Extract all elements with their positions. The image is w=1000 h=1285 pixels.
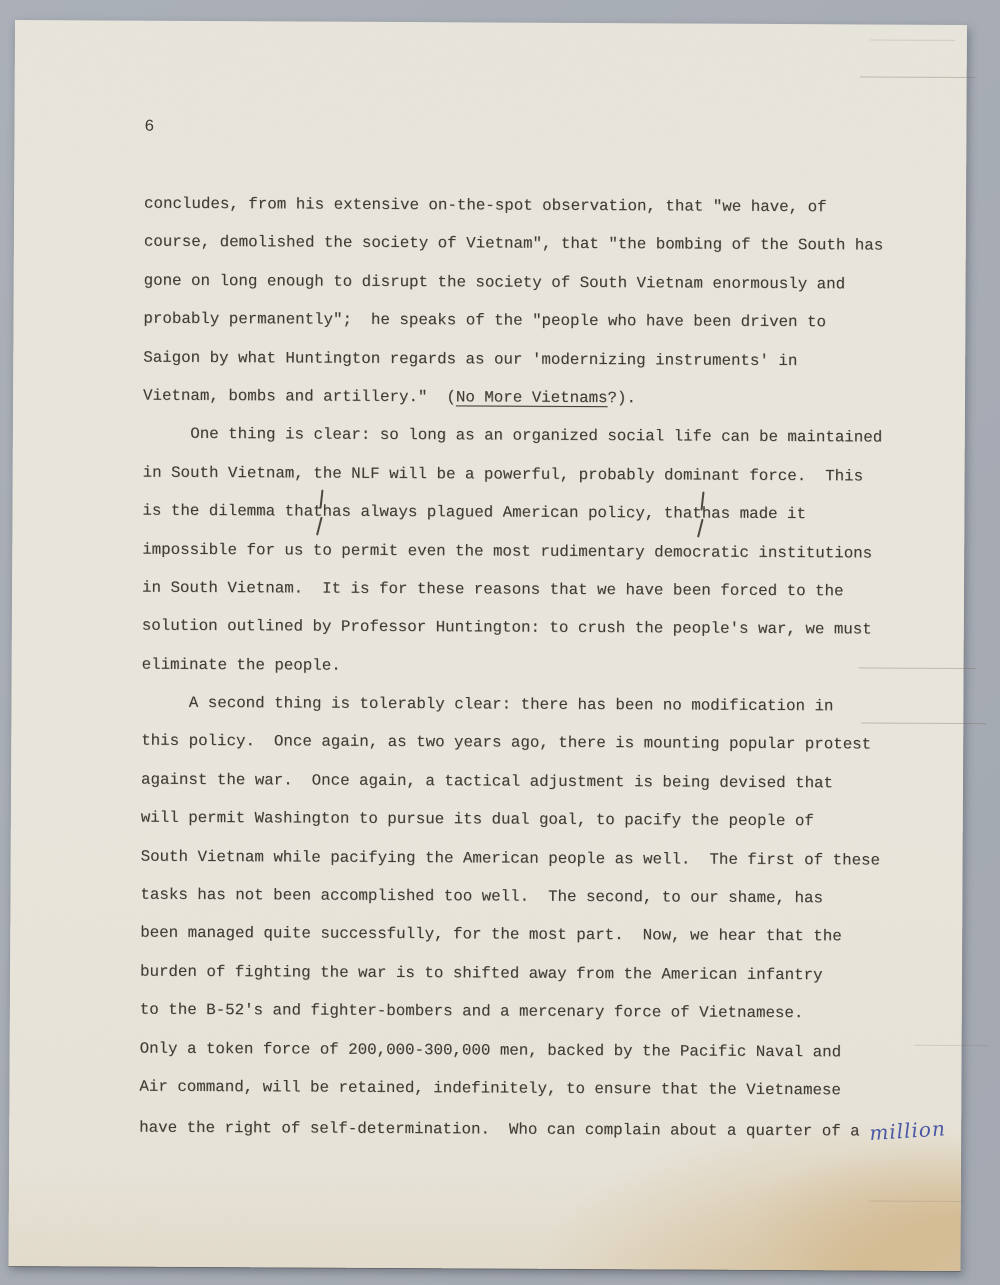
text-line: burden of fighting the war is to shifted… — [140, 952, 930, 995]
insertion-stroke — [697, 519, 703, 538]
typed-segment: have the right of self-determination. Wh… — [139, 1119, 869, 1141]
text-line: Vietnam, bombs and artillery." (No More … — [143, 377, 933, 420]
typed-segment: Air command, will be retained, indefinit… — [139, 1078, 841, 1100]
typed-segment: A second thing is tolerably clear: there… — [141, 694, 833, 716]
typed-segment: burden of fighting the war is to shifted… — [140, 962, 823, 984]
insertion-mark — [311, 490, 331, 542]
pencil-mark — [860, 76, 975, 78]
typed-segment: gone on long enough to disrupt the socie… — [144, 271, 846, 293]
typed-segment: against the war. Once again, a tactical … — [141, 771, 833, 793]
typed-segment: Vietnam, bombs and artillery." ( — [143, 387, 456, 407]
typescript-page: 6 concludes, from his extensive on-the-s… — [8, 20, 967, 1271]
typed-segment: solution outlined by Professor Huntingto… — [142, 617, 872, 639]
pencil-mark — [869, 1200, 964, 1201]
typed-segment: in South Vietnam. It is for these reason… — [142, 579, 844, 601]
typed-segment: been managed quite successfully, for the… — [140, 924, 842, 946]
typed-text: concludes, from his extensive on-the-spo… — [139, 185, 934, 1149]
text-line: to the B-52's and fighter-bombers and a … — [140, 991, 930, 1034]
text-line: solution outlined by Professor Huntingto… — [142, 607, 932, 650]
text-line: in South Vietnam. It is for these reason… — [142, 569, 932, 612]
scan-background: 6 concludes, from his extensive on-the-s… — [0, 0, 1000, 1285]
text-line: concludes, from his extensive on-the-spo… — [144, 185, 934, 228]
text-line: against the war. Once again, a tactical … — [141, 761, 931, 804]
text-line: Air command, will be retained, indefinit… — [139, 1068, 929, 1111]
typed-segment: probably permanently"; he speaks of the … — [143, 310, 826, 332]
typed-segment: Saigon by what Huntington regards as our… — [143, 348, 797, 369]
typed-segment: One thing is clear: so long as an organi… — [143, 425, 883, 447]
text-line: in South Vietnam, the NLF will be a powe… — [143, 453, 933, 496]
typed-segment: South Vietnam while pacifying the Americ… — [141, 847, 881, 869]
text-line: Saigon by what Huntington regards as our… — [143, 338, 933, 381]
insertion-stroke — [316, 517, 322, 536]
text-line: eliminate the people. — [142, 645, 932, 688]
text-line: is the dilemma thathas always plagued Am… — [142, 492, 932, 535]
text-line: will permit Washington to pursue its dua… — [141, 799, 931, 842]
typed-segment: Only a token force of 200,000-300,000 me… — [140, 1039, 842, 1061]
text-line: been managed quite successfully, for the… — [140, 914, 930, 957]
pencil-mark — [870, 39, 955, 40]
text-line: Only a token force of 200,000-300,000 me… — [140, 1029, 930, 1072]
page-number: 6 — [144, 117, 155, 136]
typed-segment: tasks has not been accomplished too well… — [140, 886, 823, 908]
typed-segment: in South Vietnam, the NLF will be a powe… — [143, 463, 864, 485]
insertion-stroke — [700, 492, 704, 511]
text-line: this policy. Once again, as two years ag… — [141, 722, 931, 765]
typed-segment: this policy. Once again, as two years ag… — [141, 732, 871, 754]
text-line: gone on long enough to disrupt the socie… — [144, 261, 934, 304]
text-line: impossible for us to permit even the mos… — [142, 530, 932, 573]
text-line: have the right of self-determination. Wh… — [139, 1106, 929, 1149]
typed-segment: concludes, from his extensive on-the-spo… — [144, 195, 827, 217]
text-line: A second thing is tolerably clear: there… — [141, 684, 931, 727]
text-line: course, demolished the society of Vietna… — [144, 223, 934, 266]
text-line: South Vietnam while pacifying the Americ… — [141, 837, 931, 880]
handwritten-word: million — [868, 1110, 947, 1153]
text-line: One thing is clear: so long as an organi… — [143, 415, 933, 458]
typed-segment: impossible for us to permit even the mos… — [142, 540, 872, 562]
typed-segment: course, demolished the society of Vietna… — [144, 233, 884, 255]
text-line: probably permanently"; he speaks of the … — [143, 300, 933, 343]
typed-segment: eliminate the people. — [142, 655, 341, 674]
typed-segment: to the B-52's and fighter-bombers and a … — [140, 1001, 804, 1022]
typed-segment: ?). — [608, 389, 637, 407]
text-line: tasks has not been accomplished too well… — [140, 876, 930, 919]
typed-segment: will permit Washington to pursue its dua… — [141, 809, 814, 831]
insertion-mark — [692, 492, 712, 544]
underlined-book-title: No More Vietnams — [456, 388, 608, 407]
insertion-stroke — [319, 490, 323, 509]
